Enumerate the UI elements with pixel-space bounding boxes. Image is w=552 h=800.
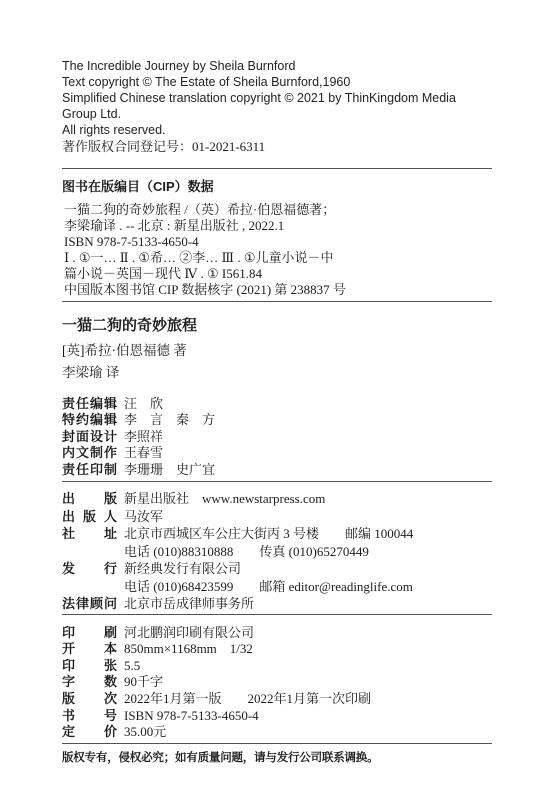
copyright-registration-number: 著作版权合同登记号：01-2021-6311 — [62, 139, 492, 154]
publishing-row: 电话 (010)68423599 邮箱 editor@readinglife.c… — [62, 578, 492, 596]
copyright-line: Simplified Chinese translation copyright… — [62, 90, 492, 122]
printing-field-label: 书号 — [62, 708, 117, 725]
book-translator: 李梁瑜 译 — [62, 364, 492, 381]
credit-row: 封面设计 李照祥 — [62, 429, 492, 445]
printing-row: 字数 90千字 — [62, 674, 492, 691]
publishing-row: 发行 新经典发行有限公司 — [62, 560, 492, 578]
printing-row: 开本 850mm×1168mm 1/32 — [62, 641, 492, 658]
credit-role-label: 特约编辑 — [62, 412, 117, 428]
divider — [62, 743, 492, 744]
copyright-line: All rights reserved. — [62, 122, 492, 138]
cip-header: 图书在版编目（CIP）数据 — [62, 179, 492, 194]
publishing-field-label: 发行 — [62, 560, 117, 578]
cip-line: 中国版本图书馆 CIP 数据核字 (2021) 第 238837 号 — [64, 282, 492, 298]
printing-row: 书号 ISBN 978-7-5133-4650-4 — [62, 708, 492, 725]
printing-field-value: 2022年1月第一版 2022年1月第一次印刷 — [124, 691, 371, 708]
rights-notice: 版权专有，侵权必究；如有质量问题，请与发行公司联系调换。 — [62, 751, 492, 765]
printing-row: 版次 2022年1月第一版 2022年1月第一次印刷 — [62, 691, 492, 708]
title-block: 一猫二狗的奇妙旅程 [英]希拉·伯恩福德 著 李梁瑜 译 — [62, 317, 492, 381]
divider — [62, 168, 492, 169]
printing-row: 定价 35.00元 — [62, 724, 492, 741]
credit-role-label: 责任编辑 — [62, 396, 117, 412]
credit-person-names: 汪 欣 — [124, 396, 163, 412]
printing-field-value: ISBN 978-7-5133-4650-4 — [124, 708, 259, 725]
publishing-field-value: 新星出版社 www.newstarpress.com — [124, 490, 325, 508]
publishing-row: 出版 新星出版社 www.newstarpress.com — [62, 490, 492, 508]
cip-line: ISBN 978-7-5133-4650-4 — [64, 234, 492, 250]
publishing-row: 电话 (010)88310888 传真 (010)65270449 — [62, 543, 492, 561]
credit-row: 内文制作 王春雪 — [62, 445, 492, 461]
printing-field-label: 字数 — [62, 674, 117, 691]
credit-person-names: 李照祥 — [124, 429, 163, 445]
publishing-field-value: 电话 (010)88310888 传真 (010)65270449 — [124, 543, 369, 561]
publishing-field-label: 出版人 — [62, 508, 117, 526]
publishing-row: 社址 北京市西城区车公庄大街丙 3 号楼 邮编 100044 — [62, 525, 492, 543]
credit-person-names: 李珊珊 史广宜 — [124, 462, 215, 478]
credit-row: 责任印制 李珊珊 史广宜 — [62, 462, 492, 478]
book-author: [英]希拉·伯恩福德 著 — [62, 342, 492, 359]
credit-role-label: 责任印制 — [62, 462, 117, 478]
credits-block: 责任编辑 汪 欣 特约编辑 李 言 秦 方 封面设计 李照祥 内文制作 王春雪 … — [62, 396, 492, 478]
credit-row: 责任编辑 汪 欣 — [62, 396, 492, 412]
divider — [62, 481, 492, 482]
publishing-field-label: 社址 — [62, 525, 117, 543]
book-copyright-page: The Incredible Journey by Sheila Burnfor… — [0, 0, 552, 800]
publishing-field-value: 电话 (010)68423599 邮箱 editor@readinglife.c… — [124, 578, 413, 596]
printing-field-label: 开本 — [62, 641, 117, 658]
publishing-row: 出版人 马汝军 — [62, 508, 492, 526]
publishing-field-value: 北京市西城区车公庄大街丙 3 号楼 邮编 100044 — [124, 525, 413, 543]
printing-field-label: 版次 — [62, 691, 117, 708]
cip-block: 图书在版编目（CIP）数据 一猫二狗的奇妙旅程 /（英）希拉·伯恩福德著； 李梁… — [62, 179, 492, 298]
cip-line: 李梁瑜译 . -- 北京 : 新星出版社 , 2022.1 — [64, 218, 492, 234]
cip-line: 篇小说－英国－现代 Ⅳ . ① I561.84 — [64, 266, 492, 282]
publishing-row: 法律顾问 北京市岳成律师事务所 — [62, 595, 492, 613]
cip-lines: 一猫二狗的奇妙旅程 /（英）希拉·伯恩福德著； 李梁瑜译 . -- 北京 : 新… — [62, 202, 492, 298]
printing-field-value: 35.00元 — [124, 724, 166, 741]
printing-field-value: 850mm×1168mm 1/32 — [124, 641, 253, 658]
cip-line: 一猫二狗的奇妙旅程 /（英）希拉·伯恩福德著； — [64, 202, 492, 218]
publishing-field-value: 北京市岳成律师事务所 — [124, 595, 254, 613]
credit-role-label: 内文制作 — [62, 445, 117, 461]
book-title: 一猫二狗的奇妙旅程 — [62, 317, 492, 335]
publishing-field-value: 马汝军 — [124, 508, 163, 526]
printing-field-value: 5.5 — [124, 658, 140, 675]
credit-person-names: 李 言 秦 方 — [124, 412, 215, 428]
printing-field-label: 印张 — [62, 658, 117, 675]
english-copyright-block: The Incredible Journey by Sheila Burnfor… — [62, 58, 492, 138]
printing-field-value: 90千字 — [124, 674, 163, 691]
copyright-line: Text copyright © The Estate of Sheila Bu… — [62, 74, 492, 90]
printing-field-label: 定价 — [62, 724, 117, 741]
printing-field-label: 印刷 — [62, 625, 117, 642]
printing-info-block: 印刷 河北鹏润印刷有限公司 开本 850mm×1168mm 1/32 印张 5.… — [62, 625, 492, 741]
credit-role-label: 封面设计 — [62, 429, 117, 445]
publishing-field-label: 出版 — [62, 490, 117, 508]
publishing-info-block: 出版 新星出版社 www.newstarpress.com 出版人 马汝军 社址… — [62, 490, 492, 613]
divider — [62, 614, 492, 615]
credit-person-names: 王春雪 — [124, 445, 163, 461]
publishing-field-value: 新经典发行有限公司 — [124, 560, 241, 578]
cip-line: Ⅰ . ①一… Ⅱ . ①希… ②李… Ⅲ . ①儿童小说－中 — [64, 250, 492, 266]
divider — [62, 301, 492, 302]
printing-row: 印刷 河北鹏润印刷有限公司 — [62, 625, 492, 642]
copyright-line: The Incredible Journey by Sheila Burnfor… — [62, 58, 492, 74]
printing-row: 印张 5.5 — [62, 658, 492, 675]
publishing-field-label: 法律顾问 — [62, 595, 117, 613]
credit-row: 特约编辑 李 言 秦 方 — [62, 412, 492, 428]
printing-field-value: 河北鹏润印刷有限公司 — [124, 625, 254, 642]
